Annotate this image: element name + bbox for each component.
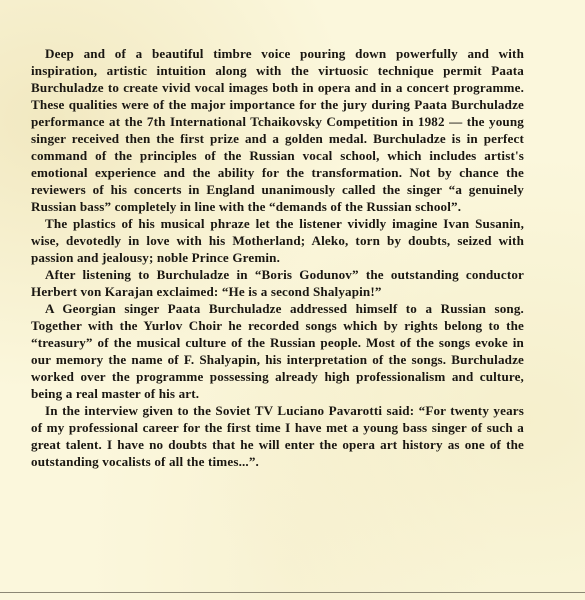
paragraph-karajan: After listening to Burchuladze in “Boris…: [31, 266, 524, 300]
paragraph-intro: Deep and of a beautiful timbre voice pou…: [31, 45, 524, 215]
paragraph-pavarotti: In the interview given to the Soviet TV …: [31, 402, 524, 470]
paragraph-roles: The plastics of his musical phraze let t…: [31, 215, 524, 266]
liner-notes-text: Deep and of a beautiful timbre voice pou…: [31, 45, 524, 470]
paragraph-russian-song: A Georgian singer Paata Burchuladze addr…: [31, 300, 524, 402]
record-sleeve-page: Deep and of a beautiful timbre voice pou…: [0, 0, 585, 600]
bottom-edge-line: [0, 592, 585, 593]
